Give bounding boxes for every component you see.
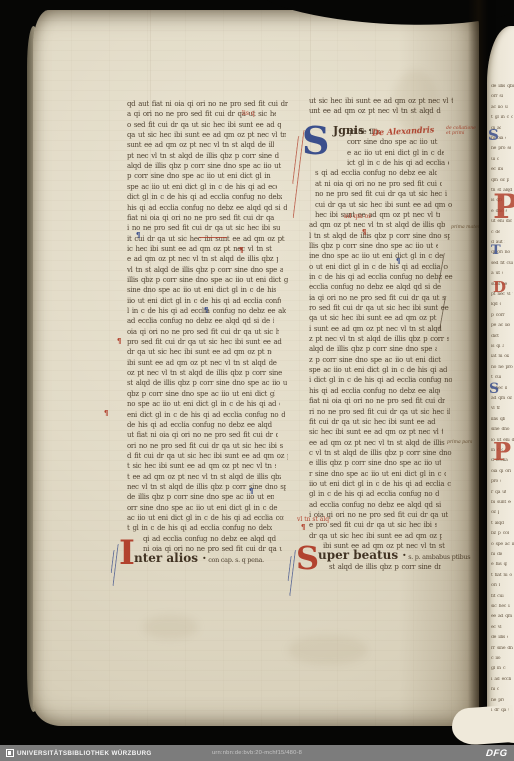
manuscript-text-line: t sic hec ibi sunt ee ad qm oz pt nec vl…: [127, 462, 276, 470]
manuscript-text-line: p corr sine dno spe ac iio ut eni dict g…: [127, 172, 272, 180]
manuscript-text-line: ut sic hec ibi sunt ee ad qm oz pt nec v…: [309, 97, 453, 105]
manuscript-text-line: vl tn st alqd de illis qbz p corr sine d…: [127, 266, 283, 274]
manuscript-text-line: z p corr sine dno spe ac iio ut eni dict…: [309, 356, 442, 364]
initial-S-signis: S: [302, 122, 329, 160]
manuscript-text-line: iio ut eni dict gl in c de his qi ad ecc…: [309, 480, 451, 488]
pilcrow-mark: ¶: [396, 258, 400, 265]
dfg-logo: DFG: [486, 748, 509, 759]
manuscript-text-line: dr qa ut sic hec ibi sunt ee ad qm oz pt…: [309, 532, 442, 540]
next-page-fore-edge: [487, 26, 514, 743]
manuscript-text-line: ad ecclia confug no debz ee alqd qd si d…: [309, 501, 444, 509]
manuscript-text-line: qd aut fiat ni oia qi ori no ne pro sed …: [127, 100, 288, 108]
manuscript-text-line: ad ecclia confug no debz ee alqd qd si d…: [127, 317, 274, 325]
manuscript-text-line: i no ne pro sed fit cui dr qa ut sic hec…: [127, 224, 280, 232]
pilcrow-mark: ¶: [136, 232, 140, 239]
pilcrow-mark: ¶: [239, 247, 243, 254]
manuscript-text-line: no ne pro sed fit cui dr qa ut sic hec i…: [315, 190, 447, 198]
manuscript-text-line: gl in c de his qi ad ecclia confug no de…: [309, 490, 439, 498]
manuscript-text-line: ibi sunt ee ad qm oz pt nec vl tn st alq…: [127, 359, 277, 367]
digitized-manuscript-viewer: qd aut fiat ni oia qi ori no ne pro sed …: [0, 0, 514, 761]
manuscript-text-line: his qi ad ecclia confug no debz ee alqd …: [127, 204, 287, 212]
manuscript-text-line: ri no ne pro sed fit cui dr qa ut sic he…: [309, 408, 450, 416]
manuscript-text-line: unt ee ad qm oz pt nec vl tn st alqd de …: [309, 107, 441, 115]
pilcrow-mark: ¶: [204, 307, 208, 314]
margin-squiggle: [439, 296, 449, 330]
manuscript-text-line: ad qm oz pt nec vl tn st alqd de illis q…: [309, 221, 445, 229]
rubricated-word: ad qm oz pt: [344, 213, 371, 220]
manuscript-text-line: e ad qm oz pt nec vl tn st alqd de illis…: [127, 255, 278, 263]
pilcrow-mark: ¶: [249, 488, 253, 495]
manuscript-text-line: qa ut sic hec ibi sunt ee ad qm oz pt ne…: [127, 131, 286, 139]
manuscript-text-line: oia qi ori no ne pro sed fit cui dr qa u…: [127, 328, 279, 336]
rubric-de-alexandris: De Alexandris: [372, 124, 435, 137]
manuscript-text-line: qd de illis qbz p corr sine dno spe ac i…: [347, 128, 381, 136]
manuscript-text-line: dr qa ut sic hec ibi sunt ee ad qm oz pt…: [127, 348, 272, 356]
parchment-stain: [393, 70, 438, 135]
pen-flourish: [287, 556, 293, 581]
manuscript-text-line: e illis qbz p corr sine dno spe ac iio u…: [309, 459, 441, 467]
pilcrow-mark: ¶: [104, 410, 108, 417]
manuscript-text-line: fit cui dr qa ut sic hec ibi sunt ee ad …: [309, 418, 438, 426]
manuscript-text-line: e pro sed fit cui dr qa ut sic hec ibi s…: [309, 521, 437, 529]
manuscript-text-line: o ut eni dict gl in c de his qi ad eccli…: [309, 263, 448, 271]
rubricated-word: lis qbz p co: [242, 110, 255, 117]
margin-squiggle: [438, 253, 447, 283]
manuscript-text-line: fiat ni oia qi ori no ne pro sed fit cui…: [309, 397, 445, 405]
rubricated-word: vl tn st alq: [297, 516, 331, 523]
manuscript-text-line: iio ut eni dict gl in c de his qi ad ecc…: [127, 297, 281, 305]
manuscript-text-line: nec vl tn st alqd de illis qbz p corr si…: [127, 483, 286, 491]
manuscript-text-line: cui dr qa ut sic hec ibi sunt ee ad qm o…: [315, 201, 452, 209]
manuscript-text-line: ee ad qm oz pt nec vl tn st alqd de illi…: [309, 439, 448, 447]
pilcrow-mark: ¶: [362, 229, 366, 236]
incipit-super-beatus: uper beatus · s. p. ambabus ptibus: [318, 548, 470, 562]
pen-flourish: [289, 550, 298, 596]
parchment-fold-line: [150, 10, 151, 330]
pilcrow-mark: ¶: [301, 524, 305, 531]
pen-flourish: [293, 130, 307, 218]
manuscript-text-line: ac iio ut eni dict gl in c de his qi ad …: [127, 514, 284, 522]
manuscript-text-line: his qi ad ecclia confug no debz ee alqd …: [309, 387, 440, 395]
chapter-word-ignis: Jgnis ·: [333, 124, 372, 137]
manuscript-text-line: ic hec ibi sunt ee ad qm oz pt nec vl tn…: [127, 245, 273, 253]
manuscript-text-line: ro sed fit cui dr qa ut sic hec ibi sunt…: [309, 304, 451, 312]
manuscript-text-line: alqd de illis qbz p corr sine dno spe ac…: [309, 345, 437, 353]
manuscript-text-line: pt nec vl tn st alqd de illis qbz p corr…: [127, 152, 279, 160]
manuscript-text-line: at ni oia qi ori no ne pro sed fit cui d…: [315, 180, 442, 188]
manuscript-text-line: i dict gl in c de his qi ad ecclia confu…: [309, 376, 452, 384]
explicit-inter-alios: nter alios · con cap. s. q pena.: [134, 551, 264, 565]
manuscript-text-line: ia qi ori no ne pro sed fit cui dr qa ut…: [309, 294, 446, 302]
manuscript-text-line: sic hec ibi sunt ee ad qm oz pt nec vl t…: [309, 428, 443, 436]
manuscript-text-line: c vl tn st alqd de illis qbz p corr sine…: [309, 449, 453, 457]
manuscript-text-line: ict gl in c de his qi ad ecclia confug n…: [347, 159, 449, 167]
manuscript-text-line: de illis qbz p corr sine dno spe ac iio …: [127, 493, 274, 501]
urn-label: urn:nbn:de:bvb:20-mchf15/480-8: [212, 750, 302, 756]
parchment-stain: [288, 635, 368, 665]
manuscript-text-line: st alqd de illis qbz p corr sine dno spe…: [127, 379, 287, 387]
manuscript-text-line: qi ad ecclia confug no debz ee alqd qd s…: [143, 535, 277, 543]
manuscript-text-line: no spe ac iio ut eni dict gl in c de his…: [127, 400, 280, 408]
manuscript-text-line: ecclia confug no debz ee alqd qd si de i…: [309, 283, 441, 291]
manuscript-text-line: i oia qi ori no ne pro sed fit cui dr qa…: [309, 511, 449, 519]
display-word-trail: s. p. ambabus ptibus: [406, 553, 470, 561]
display-word-trail: con cap. s. q pena.: [206, 556, 264, 564]
manuscript-text-line: orr sine dno spe ac iio ut eni dict gl i…: [127, 504, 279, 512]
manuscript-text-line: e ac iio ut eni dict gl in c de his qi a…: [347, 149, 444, 157]
red-underline: [199, 237, 227, 238]
manuscript-text-line: ori no ne pro sed fit cui dr qa ut sic h…: [127, 442, 283, 450]
manuscript-text-line: oz pt nec vl tn st alqd de illis qbz p c…: [127, 369, 282, 377]
initial-S-super-beatus: S: [296, 542, 319, 574]
next-page-bottom-corner: [451, 705, 514, 745]
manuscript-text-line: i sunt ee ad qm oz pt nec vl tn st alqd …: [309, 325, 444, 333]
pen-flourish: [112, 544, 120, 586]
manuscript-text-line: it cui dr qa ut sic hec ibi sunt ee ad q…: [127, 235, 285, 243]
footer-bar: UNIVERSITÄTSBIBLIOTHEK WÜRZBURG urn:nbn:…: [0, 745, 514, 761]
manuscript-text-line: t ee ad qm oz pt nec vl tn st alqd de il…: [127, 473, 281, 481]
manuscript-page: qd aut fiat ni oia qi ori no ne pro sed …: [33, 10, 479, 726]
manuscript-text-line: qa ut sic hec ibi sunt ee ad qm oz pt ne…: [309, 314, 439, 322]
manuscript-text-line: ut fiat ni oia qi ori no ne pro sed fit …: [127, 431, 278, 439]
library-branding: UNIVERSITÄTSBIBLIOTHEK WÜRZBURG: [6, 749, 152, 757]
manuscript-text-line: st alqd de illis qbz p corr sine dno spe…: [329, 563, 441, 571]
manuscript-text-line: d fit cui dr qa ut sic hec ibi sunt ee a…: [127, 452, 288, 460]
manuscript-text-line: de his qi ad ecclia confug no debz ee al…: [127, 421, 273, 429]
manuscript-text-line: s qi ad ecclia confug no debz ee alqd qd…: [315, 169, 437, 177]
manuscript-text-line: l in c de his qi ad ecclia confug no deb…: [127, 307, 286, 315]
manuscript-text-line: alqd de illis qbz p corr sine dno spe ac…: [127, 162, 284, 170]
manuscript-text-line: fiat ni oia qi ori no ne pro sed fit cui…: [127, 214, 275, 222]
manuscript-text-line: spe ac iio ut eni dict gl in c de his qi…: [127, 183, 277, 191]
initial-I-inter-alios: I: [119, 536, 135, 570]
manuscript-text-line: hec ibi sunt ee ad qm oz pt nec vl tn st…: [315, 211, 440, 219]
manuscript-text-line: llis qbz p corr sine dno spe ac iio ut e…: [309, 242, 438, 250]
parchment-stain: [143, 615, 198, 639]
manuscript-text-line: pro sed fit cui dr qa ut sic hec ibi sun…: [127, 338, 284, 346]
manuscript-text-line: ibi sunt ee ad qm oz pt nec vl tn st alq…: [323, 542, 447, 550]
manuscript-text-line: z pt nec vl tn st alqd de illis qbz p co…: [309, 335, 449, 343]
manuscript-text-line: spe ac iio ut eni dict gl in c de his qi…: [309, 366, 447, 374]
manuscript-text-line: l tn st alqd de illis qbz p corr sine dn…: [309, 232, 450, 240]
manuscript-text-line: sine dno spe ac iio ut eni dict gl in c …: [127, 286, 276, 294]
parchment-fold-line: [310, 10, 311, 330]
manuscript-text-line: sunt ee ad qm oz pt nec vl tn st alqd de…: [127, 141, 274, 149]
manuscript-text-line: in c de his qi ad ecclia confug no debz …: [309, 273, 453, 281]
manuscript-text-line: eni dict gl in c de his qi ad ecclia con…: [127, 411, 285, 419]
manuscript-text-line: a qi ori no ne pro sed fit cui dr qa ut …: [127, 110, 276, 118]
manuscript-text-line: r sine dno spe ac iio ut eni dict gl in …: [309, 470, 446, 478]
pilcrow-mark: ¶: [117, 338, 121, 345]
manuscript-photo: qd aut fiat ni oia qi ori no ne pro sed …: [0, 0, 514, 745]
manuscript-text-line: ni oia qi ori no ne pro sed fit cui dr q…: [143, 545, 282, 553]
manuscript-text-line: o sed fit cui dr qa ut sic hec ibi sunt …: [127, 121, 281, 129]
manuscript-text-line: qbz p corr sine dno spe ac iio ut eni di…: [127, 390, 275, 398]
pen-flourish: [292, 136, 301, 184]
pen-flourish: [111, 550, 117, 573]
manuscript-text-line: corr sine dno spe ac iio ut eni dict gl …: [347, 138, 439, 146]
manuscript-text-line: t gl in c de his qi ad ecclia confug no …: [127, 524, 272, 532]
manuscript-text-line: illis qbz p corr sine dno spe ac iio ut …: [127, 276, 288, 284]
library-logo-icon: [6, 749, 14, 757]
manuscript-text-line: ine dno spe ac iio ut eni dict gl in c d…: [309, 252, 443, 260]
library-name: UNIVERSITÄTSBIBLIOTHEK WÜRZBURG: [17, 750, 152, 757]
manuscript-text-line: dict gl in c de his qi ad ecclia confug …: [127, 193, 282, 201]
